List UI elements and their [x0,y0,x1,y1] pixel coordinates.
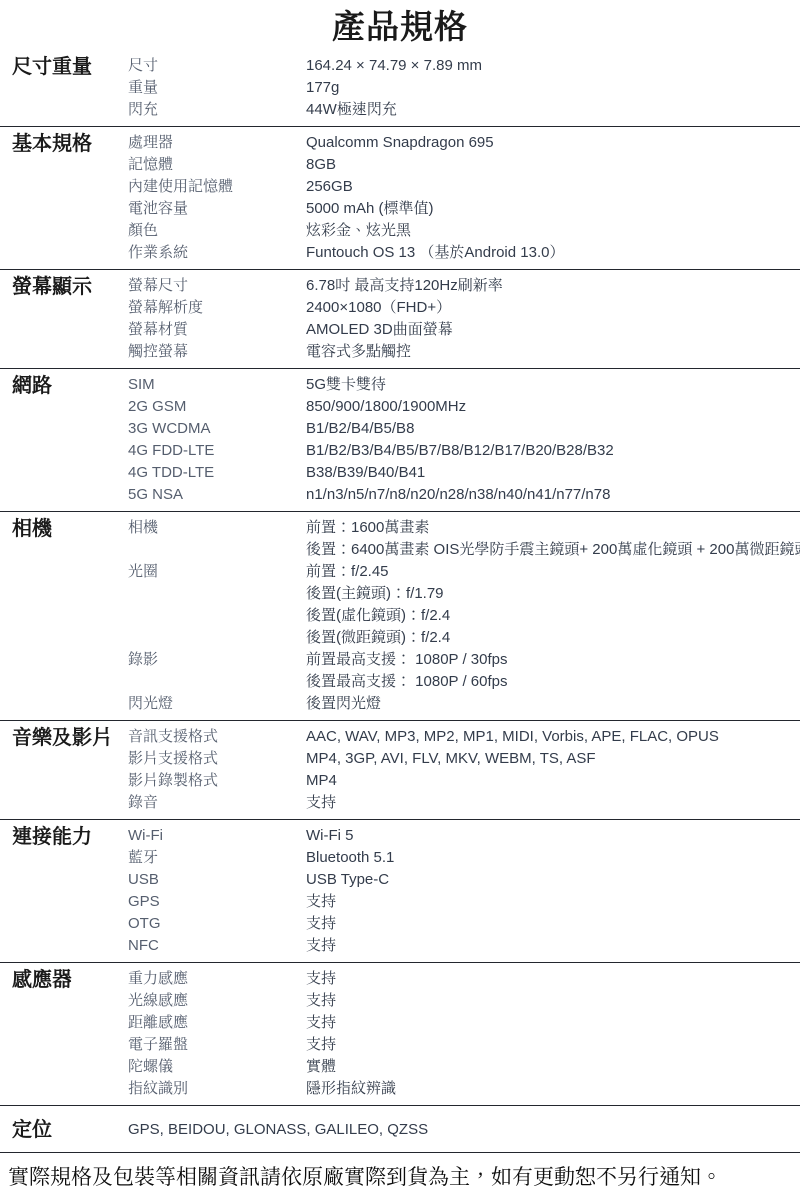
spec-values: Qualcomm Snapdragon 695 [306,132,800,154]
spec-row: 螢幕解析度2400×1080（FHD+） [128,297,800,319]
spec-values: 44W極速閃充 [306,99,800,121]
spec-values: Bluetooth 5.1 [306,847,800,869]
spec-values: 256GB [306,176,800,198]
section-rows: 重力感應支持光線感應支持距離感應支持電子羅盤支持陀螺儀實體指紋識別隱形指紋辨識 [128,968,800,1100]
spec-value: 支持 [306,913,800,935]
spec-values: 支持 [306,990,800,1012]
spec-label: 2G GSM [128,396,306,418]
spec-value: 支持 [306,1012,800,1034]
spec-value: 後置：6400萬畫素 OIS光學防手震主鏡頭+ 200萬虛化鏡頭 + 200萬微… [306,539,800,561]
spec-section: 螢幕顯示螢幕尺寸6.78吋 最高支持120Hz刷新率螢幕解析度2400×1080… [0,270,800,369]
spec-label: OTG [128,913,306,935]
spec-values: 前置：f/2.45後置(主鏡頭)：f/1.79後置(虛化鏡頭)：f/2.4後置(… [306,561,800,649]
spec-values: 6.78吋 最高支持120Hz刷新率 [306,275,800,297]
spec-label: GPS [128,891,306,913]
spec-value: 5G雙卡雙待 [306,374,800,396]
spec-values: MP4 [306,770,800,792]
spec-row: 閃充44W極速閃充 [128,99,800,121]
spec-value: 實體 [306,1056,800,1078]
spec-values: 支持 [306,1012,800,1034]
spec-values: AAC, WAV, MP3, MP2, MP1, MIDI, Vorbis, A… [306,726,800,748]
spec-value: 前置最高支援： 1080P / 30fps [306,649,800,671]
spec-values: Wi-Fi 5 [306,825,800,847]
section-rows: SIM5G雙卡雙待2G GSM850/900/1800/1900MHz3G WC… [128,374,800,506]
positioning-row: 定位 GPS, BEIDOU, GLONASS, GALILEO, QZSS [0,1106,800,1153]
spec-row: 處理器Qualcomm Snapdragon 695 [128,132,800,154]
spec-value: 隱形指紋辨識 [306,1078,800,1100]
spec-row: 觸控螢幕電容式多點觸控 [128,341,800,363]
spec-row: Wi-FiWi-Fi 5 [128,825,800,847]
spec-values: 5000 mAh (標準值) [306,198,800,220]
spec-row: 藍牙Bluetooth 5.1 [128,847,800,869]
spec-section: 音樂及影片音訊支援格式AAC, WAV, MP3, MP2, MP1, MIDI… [0,721,800,820]
spec-label: 螢幕尺寸 [128,275,306,297]
spec-value: 支持 [306,792,800,814]
spec-values: 實體 [306,1056,800,1078]
spec-label: 作業系統 [128,242,306,264]
spec-row: 作業系統Funtouch OS 13 （基於Android 13.0） [128,242,800,264]
spec-label: 陀螺儀 [128,1056,306,1078]
spec-label: 尺寸 [128,55,306,77]
spec-sections: 尺寸重量尺寸164.24 × 74.79 × 7.89 mm重量177g閃充44… [0,50,800,1106]
spec-label: 音訊支援格式 [128,726,306,748]
spec-row: SIM5G雙卡雙待 [128,374,800,396]
spec-label: 光圈 [128,561,306,583]
spec-sheet: 產品規格 尺寸重量尺寸164.24 × 74.79 × 7.89 mm重量177… [0,0,800,1192]
spec-label: 4G TDD-LTE [128,462,306,484]
spec-values: 支持 [306,968,800,990]
spec-label: 電子羅盤 [128,1034,306,1056]
spec-row: 4G TDD-LTEB38/B39/B40/B41 [128,462,800,484]
section-rows: Wi-FiWi-Fi 5藍牙Bluetooth 5.1USBUSB Type-C… [128,825,800,957]
spec-values: 炫彩金、炫光黑 [306,220,800,242]
spec-values: 電容式多點觸控 [306,341,800,363]
section-title: 尺寸重量 [0,55,128,79]
spec-values: 8GB [306,154,800,176]
section-title: 基本規格 [0,132,128,156]
spec-value: 支持 [306,990,800,1012]
spec-row: 電子羅盤支持 [128,1034,800,1056]
spec-value: Qualcomm Snapdragon 695 [306,132,800,154]
spec-values: 850/900/1800/1900MHz [306,396,800,418]
spec-row: 內建使用記憶體256GB [128,176,800,198]
spec-value: 256GB [306,176,800,198]
spec-value: MP4, 3GP, AVI, FLV, MKV, WEBM, TS, ASF [306,748,800,770]
section-rows: 螢幕尺寸6.78吋 最高支持120Hz刷新率螢幕解析度2400×1080（FHD… [128,275,800,363]
spec-value: 6.78吋 最高支持120Hz刷新率 [306,275,800,297]
spec-label: 觸控螢幕 [128,341,306,363]
section-rows: 尺寸164.24 × 74.79 × 7.89 mm重量177g閃充44W極速閃… [128,55,800,121]
spec-label: 錄音 [128,792,306,814]
spec-label: Wi-Fi [128,825,306,847]
spec-label: NFC [128,935,306,957]
spec-value: Funtouch OS 13 （基於Android 13.0） [306,242,800,264]
spec-values: 支持 [306,935,800,957]
spec-label: 5G NSA [128,484,306,506]
spec-row: OTG支持 [128,913,800,935]
spec-row: USBUSB Type-C [128,869,800,891]
spec-value: 後置(微距鏡頭)：f/2.4 [306,627,800,649]
spec-value: 支持 [306,891,800,913]
spec-label: 記憶體 [128,154,306,176]
spec-label: 螢幕材質 [128,319,306,341]
spec-label: 閃充 [128,99,306,121]
spec-section: 基本規格處理器Qualcomm Snapdragon 695記憶體8GB內建使用… [0,127,800,270]
section-title: 感應器 [0,968,128,992]
spec-value: 177g [306,77,800,99]
section-rows: 音訊支援格式AAC, WAV, MP3, MP2, MP1, MIDI, Vor… [128,726,800,814]
spec-values: 支持 [306,891,800,913]
spec-label: 距離感應 [128,1012,306,1034]
spec-values: B38/B39/B40/B41 [306,462,800,484]
spec-row: 距離感應支持 [128,1012,800,1034]
spec-row: 影片支援格式MP4, 3GP, AVI, FLV, MKV, WEBM, TS,… [128,748,800,770]
spec-value: 電容式多點觸控 [306,341,800,363]
spec-value: 前置：f/2.45 [306,561,800,583]
spec-label: 內建使用記憶體 [128,176,306,198]
spec-value: AAC, WAV, MP3, MP2, MP1, MIDI, Vorbis, A… [306,726,800,748]
spec-row: 螢幕尺寸6.78吋 最高支持120Hz刷新率 [128,275,800,297]
section-title: 連接能力 [0,825,128,849]
spec-value: 44W極速閃充 [306,99,800,121]
positioning-value: GPS, BEIDOU, GLONASS, GALILEO, QZSS [128,1119,428,1141]
spec-value: 支持 [306,935,800,957]
spec-values: 前置最高支援： 1080P / 30fps後置最高支援： 1080P / 60f… [306,649,800,693]
spec-value: 後置(虛化鏡頭)：f/2.4 [306,605,800,627]
spec-values: 後置閃光燈 [306,693,800,715]
spec-values: B1/B2/B4/B5/B8 [306,418,800,440]
spec-value: 164.24 × 74.79 × 7.89 mm [306,55,800,77]
spec-label: SIM [128,374,306,396]
spec-label: 相機 [128,517,306,539]
section-title: 螢幕顯示 [0,275,128,299]
section-title: 相機 [0,517,128,541]
spec-value: MP4 [306,770,800,792]
spec-row: 3G WCDMAB1/B2/B4/B5/B8 [128,418,800,440]
spec-row: 相機前置：1600萬畫素後置：6400萬畫素 OIS光學防手震主鏡頭+ 200萬… [128,517,800,561]
spec-label: 光線感應 [128,990,306,1012]
spec-value: B1/B2/B4/B5/B8 [306,418,800,440]
spec-values: 164.24 × 74.79 × 7.89 mm [306,55,800,77]
section-title: 網路 [0,374,128,398]
spec-section: 尺寸重量尺寸164.24 × 74.79 × 7.89 mm重量177g閃充44… [0,50,800,127]
section-title: 音樂及影片 [0,726,128,750]
spec-label: 藍牙 [128,847,306,869]
spec-label: 重力感應 [128,968,306,990]
spec-value: 後置閃光燈 [306,693,800,715]
spec-value: 5000 mAh (標準值) [306,198,800,220]
spec-values: 支持 [306,792,800,814]
spec-section: 相機相機前置：1600萬畫素後置：6400萬畫素 OIS光學防手震主鏡頭+ 20… [0,512,800,721]
spec-values: 支持 [306,1034,800,1056]
spec-row: 錄影前置最高支援： 1080P / 30fps後置最高支援： 1080P / 6… [128,649,800,693]
spec-row: 音訊支援格式AAC, WAV, MP3, MP2, MP1, MIDI, Vor… [128,726,800,748]
spec-row: 電池容量5000 mAh (標準值) [128,198,800,220]
spec-values: 5G雙卡雙待 [306,374,800,396]
spec-row: GPS支持 [128,891,800,913]
page-title: 產品規格 [0,0,800,50]
spec-value: 後置(主鏡頭)：f/1.79 [306,583,800,605]
spec-label: USB [128,869,306,891]
spec-value: B38/B39/B40/B41 [306,462,800,484]
disclaimer-text: 實際規格及包裝等相關資訊請依原廠實際到貨為主，如有更動恕不另行通知。 [0,1153,800,1192]
spec-row: 4G FDD-LTEB1/B2/B3/B4/B5/B7/B8/B12/B17/B… [128,440,800,462]
spec-row: 重力感應支持 [128,968,800,990]
spec-row: 顏色炫彩金、炫光黑 [128,220,800,242]
spec-values: 2400×1080（FHD+） [306,297,800,319]
spec-label: 螢幕解析度 [128,297,306,319]
spec-row: 指紋識別隱形指紋辨識 [128,1078,800,1100]
spec-label: 重量 [128,77,306,99]
spec-values: 177g [306,77,800,99]
spec-label: 顏色 [128,220,306,242]
spec-label: 指紋識別 [128,1078,306,1100]
spec-value: 後置最高支援： 1080P / 60fps [306,671,800,693]
section-title-positioning: 定位 [0,1119,128,1141]
spec-values: B1/B2/B3/B4/B5/B7/B8/B12/B17/B20/B28/B32 [306,440,800,462]
spec-label: 電池容量 [128,198,306,220]
spec-row: 記憶體8GB [128,154,800,176]
spec-row: 閃光燈後置閃光燈 [128,693,800,715]
spec-value: B1/B2/B3/B4/B5/B7/B8/B12/B17/B20/B28/B32 [306,440,800,462]
spec-value: 2400×1080（FHD+） [306,297,800,319]
spec-values: n1/n3/n5/n7/n8/n20/n28/n38/n40/n41/n77/n… [306,484,800,506]
spec-row: 5G NSAn1/n3/n5/n7/n8/n20/n28/n38/n40/n41… [128,484,800,506]
spec-row: 2G GSM850/900/1800/1900MHz [128,396,800,418]
spec-row: 重量177g [128,77,800,99]
spec-value: USB Type-C [306,869,800,891]
spec-section: 網路SIM5G雙卡雙待2G GSM850/900/1800/1900MHz3G … [0,369,800,512]
spec-label: 處理器 [128,132,306,154]
spec-values: 前置：1600萬畫素後置：6400萬畫素 OIS光學防手震主鏡頭+ 200萬虛化… [306,517,800,561]
spec-label: 3G WCDMA [128,418,306,440]
spec-row: 光圈前置：f/2.45後置(主鏡頭)：f/1.79後置(虛化鏡頭)：f/2.4後… [128,561,800,649]
spec-row: NFC支持 [128,935,800,957]
spec-value: 支持 [306,1034,800,1056]
spec-values: USB Type-C [306,869,800,891]
spec-values: 支持 [306,913,800,935]
spec-section: 感應器重力感應支持光線感應支持距離感應支持電子羅盤支持陀螺儀實體指紋識別隱形指紋… [0,963,800,1106]
spec-row: 尺寸164.24 × 74.79 × 7.89 mm [128,55,800,77]
spec-values: MP4, 3GP, AVI, FLV, MKV, WEBM, TS, ASF [306,748,800,770]
spec-row: 螢幕材質AMOLED 3D曲面螢幕 [128,319,800,341]
spec-label: 影片支援格式 [128,748,306,770]
spec-value: n1/n3/n5/n7/n8/n20/n28/n38/n40/n41/n77/n… [306,484,800,506]
spec-value: 前置：1600萬畫素 [306,517,800,539]
spec-value: Wi-Fi 5 [306,825,800,847]
spec-value: 850/900/1800/1900MHz [306,396,800,418]
spec-section: 連接能力Wi-FiWi-Fi 5藍牙Bluetooth 5.1USBUSB Ty… [0,820,800,963]
spec-label: 錄影 [128,649,306,671]
spec-value: Bluetooth 5.1 [306,847,800,869]
spec-row: 光線感應支持 [128,990,800,1012]
spec-label: 閃光燈 [128,693,306,715]
spec-row: 錄音支持 [128,792,800,814]
spec-value: 8GB [306,154,800,176]
spec-values: 隱形指紋辨識 [306,1078,800,1100]
spec-label: 影片錄製格式 [128,770,306,792]
spec-value: AMOLED 3D曲面螢幕 [306,319,800,341]
section-rows: 相機前置：1600萬畫素後置：6400萬畫素 OIS光學防手震主鏡頭+ 200萬… [128,517,800,715]
spec-values: AMOLED 3D曲面螢幕 [306,319,800,341]
spec-values: Funtouch OS 13 （基於Android 13.0） [306,242,800,264]
spec-label: 4G FDD-LTE [128,440,306,462]
spec-value: 炫彩金、炫光黑 [306,220,800,242]
spec-row: 陀螺儀實體 [128,1056,800,1078]
section-rows: 處理器Qualcomm Snapdragon 695記憶體8GB內建使用記憶體2… [128,132,800,264]
spec-value: 支持 [306,968,800,990]
spec-row: 影片錄製格式MP4 [128,770,800,792]
